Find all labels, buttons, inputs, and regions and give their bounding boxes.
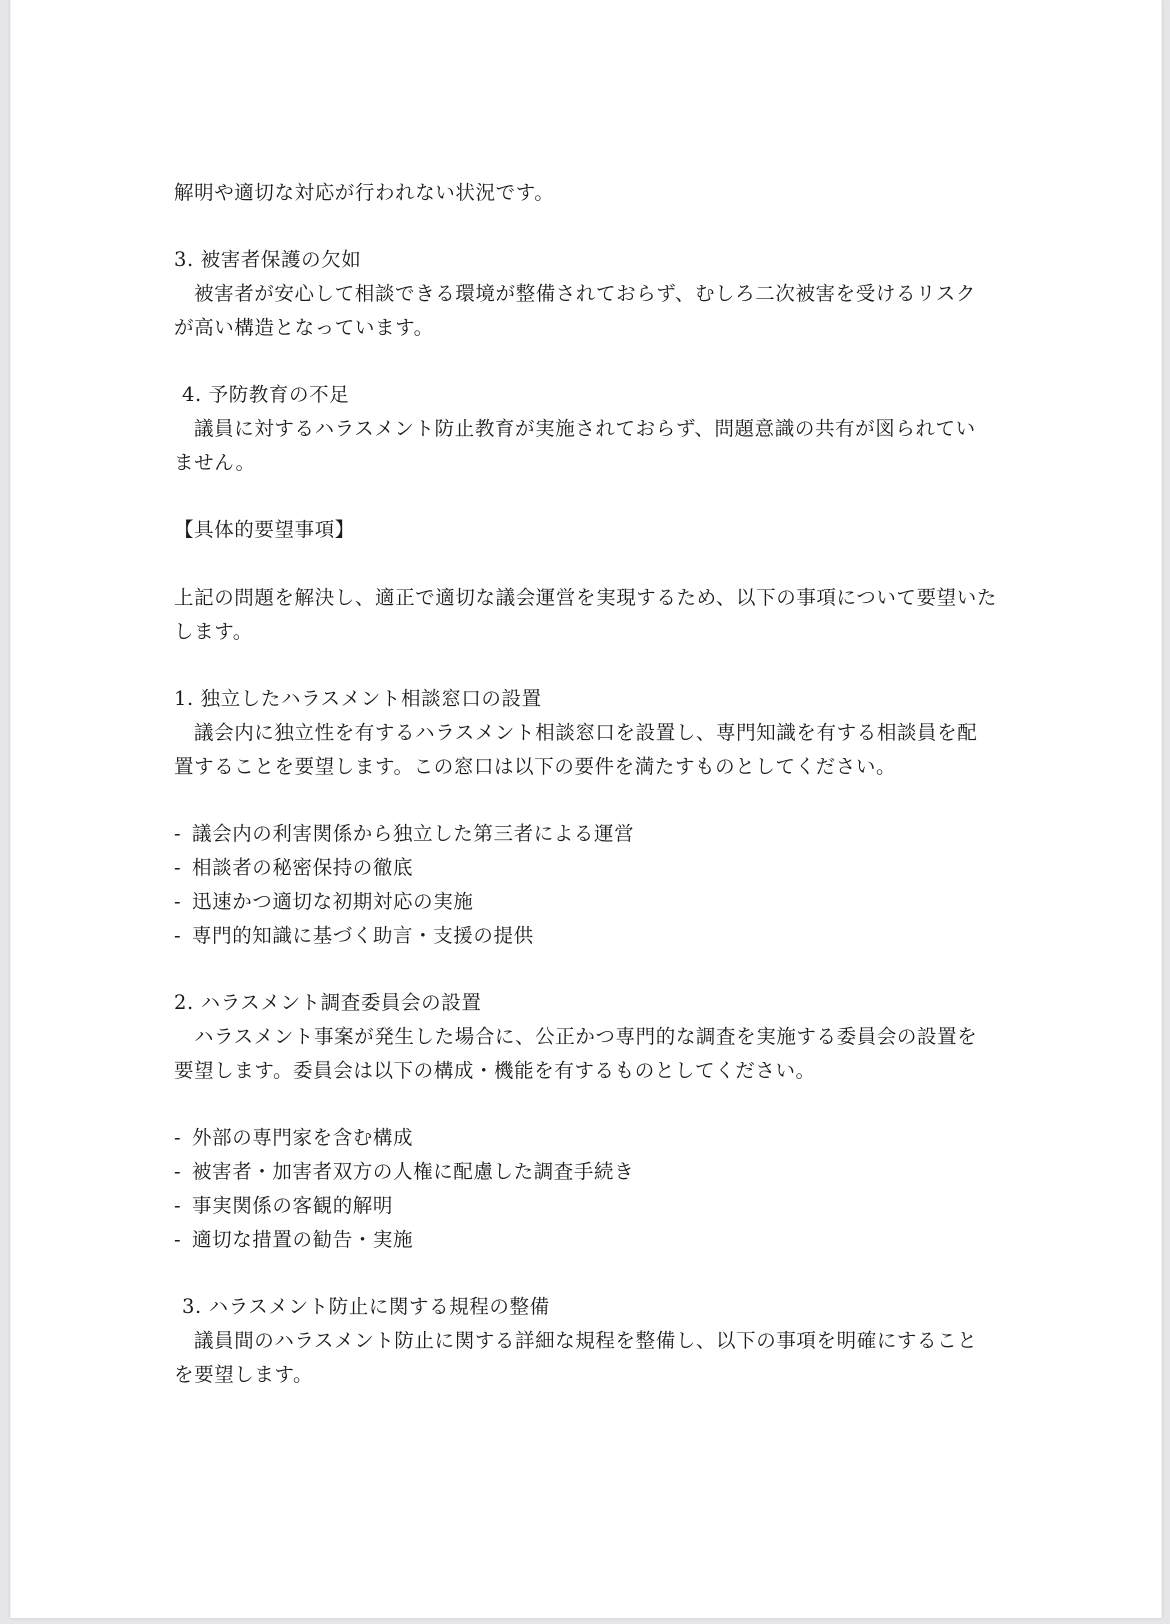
bullet-dash: - bbox=[174, 1160, 192, 1184]
intro-line-2: します。 bbox=[174, 620, 253, 644]
document-page: 解明や適切な対応が行われない状況です。 3. 被害者保護の欠如 被害者が安心して… bbox=[10, 0, 1162, 1618]
bullet-text: 適切な措置の勧告・実施 bbox=[192, 1228, 413, 1251]
issue-heading-4: 4. 予防教育の不足 bbox=[174, 383, 349, 407]
request-1-bullet: -専門的知識に基づく助言・支援の提供 bbox=[174, 924, 534, 948]
bullet-dash: - bbox=[174, 890, 192, 914]
bullet-text: 事実関係の客観的解明 bbox=[192, 1194, 393, 1217]
bullet-text: 相談者の秘密保持の徹底 bbox=[192, 856, 413, 879]
paragraph-continuation: 解明や適切な対応が行われない状況です。 bbox=[174, 181, 554, 205]
request-1-bullet: -相談者の秘密保持の徹底 bbox=[174, 856, 413, 880]
bullet-dash: - bbox=[174, 1126, 192, 1150]
bullet-text: 外部の専門家を含む構成 bbox=[192, 1126, 413, 1149]
request-2-body-line-2: 要望します。委員会は以下の構成・機能を有するものとしてください。 bbox=[174, 1059, 816, 1083]
request-2-bullet: -事実関係の客観的解明 bbox=[174, 1194, 393, 1218]
bullet-dash: - bbox=[174, 924, 192, 948]
request-3-body-line-1: 議員間のハラスメント防止に関する詳細な規程を整備し、以下の事項を明確にすること bbox=[174, 1329, 977, 1353]
section-title: 【具体的要望事項】 bbox=[174, 518, 355, 542]
issue-3-body-line-1: 被害者が安心して相談できる環境が整備されておらず、むしろ二次被害を受けるリスク bbox=[174, 282, 976, 306]
request-heading-3: 3. ハラスメント防止に関する規程の整備 bbox=[174, 1295, 550, 1319]
bullet-text: 専門的知識に基づく助言・支援の提供 bbox=[192, 924, 534, 947]
bullet-dash: - bbox=[174, 1228, 192, 1252]
bullet-text: 被害者・加害者双方の人権に配慮した調査手続き bbox=[192, 1160, 634, 1183]
issue-3-body-line-2: が高い構造となっています。 bbox=[174, 316, 434, 340]
bullet-text: 議会内の利害関係から独立した第三者による運営 bbox=[192, 822, 634, 845]
request-1-bullet: -迅速かつ適切な初期対応の実施 bbox=[174, 890, 473, 914]
request-1-bullet: -議会内の利害関係から独立した第三者による運営 bbox=[174, 822, 634, 846]
issue-4-body-line-2: ません。 bbox=[174, 451, 256, 475]
bullet-dash: - bbox=[174, 1194, 192, 1218]
bullet-dash: - bbox=[174, 856, 192, 880]
request-2-bullet: -適切な措置の勧告・実施 bbox=[174, 1228, 413, 1252]
bullet-dash: - bbox=[174, 822, 192, 846]
request-heading-1: 1. 独立したハラスメント相談窓口の設置 bbox=[174, 687, 542, 711]
request-heading-2: 2. ハラスメント調査委員会の設置 bbox=[174, 991, 481, 1015]
issue-4-body-line-1: 議員に対するハラスメント防止教育が実施されておらず、問題意識の共有が図られてい bbox=[174, 417, 976, 441]
request-1-body-line-1: 議会内に独立性を有するハラスメント相談窓口を設置し、専門知識を有する相談員を配 bbox=[174, 721, 977, 745]
intro-line-1: 上記の問題を解決し、適正で適切な議会運営を実現するため、以下の事項について要望い… bbox=[174, 586, 997, 610]
request-2-body-line-1: ハラスメント事案が発生した場合に、公正かつ専門的な調査を実施する委員会の設置を bbox=[174, 1025, 977, 1049]
request-2-bullet: -外部の専門家を含む構成 bbox=[174, 1126, 413, 1150]
request-2-bullet: -被害者・加害者双方の人権に配慮した調査手続き bbox=[174, 1160, 634, 1184]
bullet-text: 迅速かつ適切な初期対応の実施 bbox=[192, 890, 473, 913]
request-1-body-line-2: 置することを要望します。この窓口は以下の要件を満たすものとしてください。 bbox=[174, 755, 896, 779]
issue-heading-3: 3. 被害者保護の欠如 bbox=[174, 248, 361, 272]
request-3-body-line-2: を要望します。 bbox=[174, 1363, 313, 1387]
